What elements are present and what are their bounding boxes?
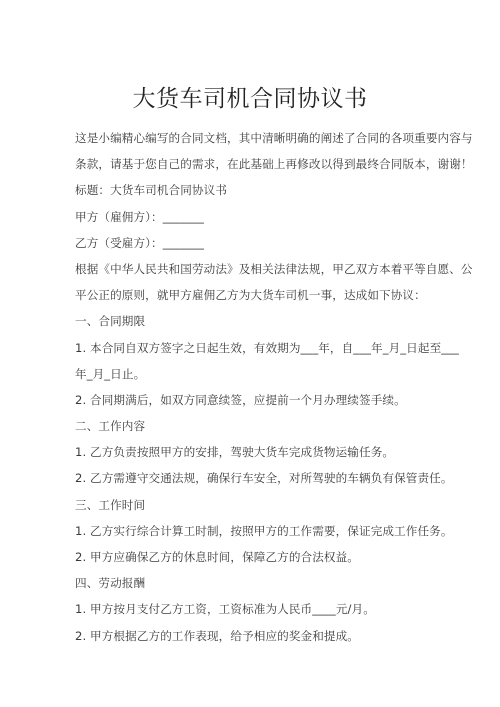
- clause-1-1-line-2: 年_月_日止。: [75, 361, 435, 387]
- party-b-field: 乙方（受雇方）：_______: [75, 230, 435, 256]
- section-heading-remuneration: 四、劳动报酬: [75, 570, 435, 596]
- document-page: 大货车司机合同协议书 这是小编精心编写的合同文档，其中清晰明确的阐述了合同的各项…: [0, 0, 500, 707]
- section-heading-contract-term: 一、合同期限: [75, 308, 435, 334]
- clause-2-1: 1. 乙方负责按照甲方的安排，驾驶大货车完成货物运输任务。: [75, 439, 435, 465]
- clause-4-2: 2. 甲方根据乙方的工作表现，给予相应的奖金和提成。: [75, 623, 435, 649]
- section-heading-work-content: 二、工作内容: [75, 413, 435, 439]
- party-a-field: 甲方（雇佣方）：_______: [75, 204, 435, 230]
- clause-4-1: 1. 甲方按月支付乙方工资，工资标准为人民币____元/月。: [75, 596, 435, 622]
- title-field: 标题：大货车司机合同协议书: [75, 177, 435, 203]
- document-title: 大货车司机合同协议书: [0, 84, 500, 114]
- document-body: 这是小编精心编写的合同文档，其中清晰明确的阐述了合同的各项重要内容与 条款，请基…: [75, 125, 435, 649]
- section-heading-work-hours: 三、工作时间: [75, 492, 435, 518]
- preamble-line-2: 平公正的原则，就甲方雇佣乙方为大货车司机一事，达成如下协议：: [75, 282, 435, 308]
- preamble-line-1: 根据《中华人民共和国劳动法》及相关法律法规，甲乙双方本着平等自愿、公: [75, 256, 435, 282]
- clause-3-2: 2. 甲方应确保乙方的休息时间，保障乙方的合法权益。: [75, 544, 435, 570]
- intro-paragraph-line-1: 这是小编精心编写的合同文档，其中清晰明确的阐述了合同的各项重要内容与: [75, 125, 435, 151]
- clause-3-1: 1. 乙方实行综合计算工时制，按照甲方的工作需要，保证完成工作任务。: [75, 518, 435, 544]
- clause-1-1-line-1: 1. 本合同自双方签字之日起生效，有效期为___年，自___年_月_日起至___: [75, 335, 435, 361]
- intro-paragraph-line-2: 条款，请基于您自己的需求，在此基础上再修改以得到最终合同版本，谢谢！: [75, 151, 435, 177]
- clause-2-2: 2. 乙方需遵守交通法规，确保行车安全，对所驾驶的车辆负有保管责任。: [75, 465, 435, 491]
- clause-1-2: 2. 合同期满后，如双方同意续签，应提前一个月办理续签手续。: [75, 387, 435, 413]
